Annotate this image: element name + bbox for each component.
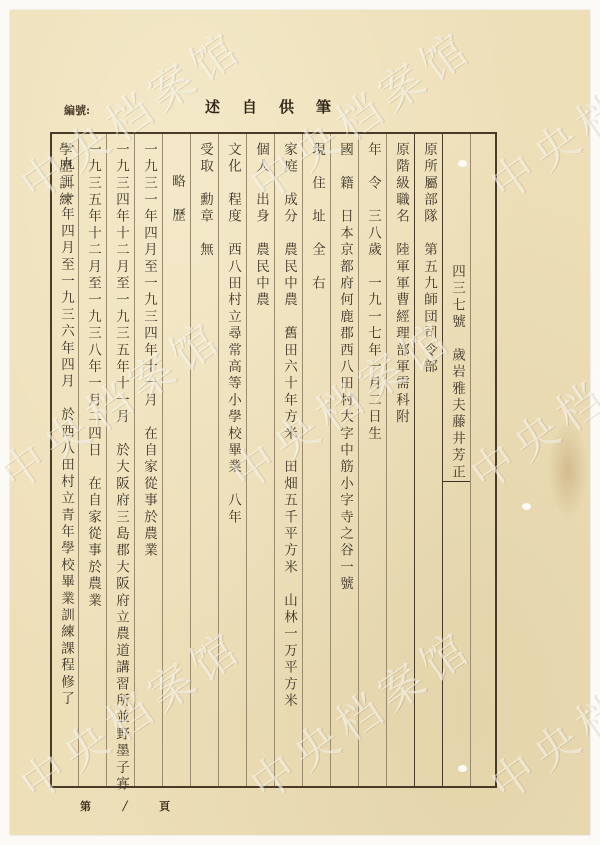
original-unit-text: 原所屬部隊 第五九師団司令部 (415, 142, 442, 376)
page-prefix: 第 (80, 798, 91, 814)
column-age: 年 令 三八歲 一九一七年一月二日生 (358, 134, 386, 786)
column-decorations: 受取 勳章 無 (190, 134, 218, 786)
education-level-text: 文化 程度 西八田村立尋常高等小學校畢業 八年 (219, 142, 246, 526)
current-address-text: 現 住 址 全 右 (303, 142, 330, 292)
history-entry-3: 一九三五年十二月至一九三八年一月二四日 在自家從事於農業 (79, 142, 106, 610)
rank-position-text: 原階級職名 陸軍軍曹經理部軍需科附 (387, 142, 414, 426)
column-original-unit: 原所屬部隊 第五九師団司令部 (414, 134, 442, 786)
column-id-name: 四三七號 歲岩雅夫藤井芳正 (442, 134, 470, 786)
history-entry-1: 一九三一年四月至一九三四年十一月 在自家從事於農業 (135, 142, 162, 560)
training-record-text: 一九三一年四月至一九三六年四月 於西八田村立青年學校畢業訓練課程修了 (52, 140, 79, 708)
ruled-frame: 四三七號 歲岩雅夫藤井芳正 原所屬部隊 第五九師団司令部 原階級職名 陸軍軍曹經… (50, 132, 497, 788)
family-status-text: 家庭 成分 農民中農 舊田六十年方米 田畑五千平方米 山林一万平方米 (275, 142, 302, 710)
column-history-3: 一九三五年十二月至一九三八年一月二四日 在自家從事於農業 (78, 134, 106, 786)
column-blank (470, 134, 498, 786)
column-nationality: 國 籍 日本京都府何鹿郡西八田村大字中筋小字寺之谷一號 (330, 134, 358, 786)
column-education-level: 文化 程度 西八田村立尋常高等小學校畢業 八年 (218, 134, 246, 786)
column-current-address: 現 住 址 全 右 (302, 134, 330, 786)
history-entry-2: 一九三四年十二月至一九三五年十一月 於大阪府三島郡大阪府立農道講習所並野墨子寡 (107, 142, 134, 793)
punch-hole (522, 503, 531, 510)
serial-number-label: 編號: (64, 102, 90, 118)
column-history-1: 一九三一年四月至一九三四年十一月 在自家從事於農業 (134, 134, 162, 786)
column-history-2: 一九三四年十二月至一九三五年十一月 於大阪府三島郡大阪府立農道講習所並野墨子寡 (106, 134, 134, 786)
nationality-text: 國 籍 日本京都府何鹿郡西八田村大字中筋小字寺之谷一號 (331, 142, 358, 593)
history-heading-text: 略 歷 (163, 174, 190, 224)
column-personal-background: 個人 出身 農民中農 (246, 134, 274, 786)
column-rank-position: 原階級職名 陸軍軍曹經理部軍需科附 (386, 134, 414, 786)
paper-stain (548, 420, 588, 520)
personal-background-text: 個人 出身 農民中農 (247, 142, 274, 309)
page-suffix: 頁 (159, 798, 170, 814)
column-training-record: 一九三一年四月至一九三六年四月 於西八田村立青年學校畢業訓練課程修了 (52, 140, 79, 780)
decorations-text: 受取 勳章 無 (191, 142, 218, 259)
column-family-status: 家庭 成分 農民中農 舊田六十年方米 田畑五千平方米 山林一万平方米 (274, 134, 302, 786)
age-text: 年 令 三八歲 一九一七年一月二日生 (359, 142, 386, 443)
prisoner-id-name: 四三七號 歲岩雅夫藤井芳正 (443, 264, 470, 482)
document-title: 述自供筆 (205, 96, 353, 117)
column-history-heading: 略 歷 (162, 134, 190, 786)
page-number: / (123, 799, 127, 814)
page-footer: 第 / 頁 (80, 798, 170, 814)
